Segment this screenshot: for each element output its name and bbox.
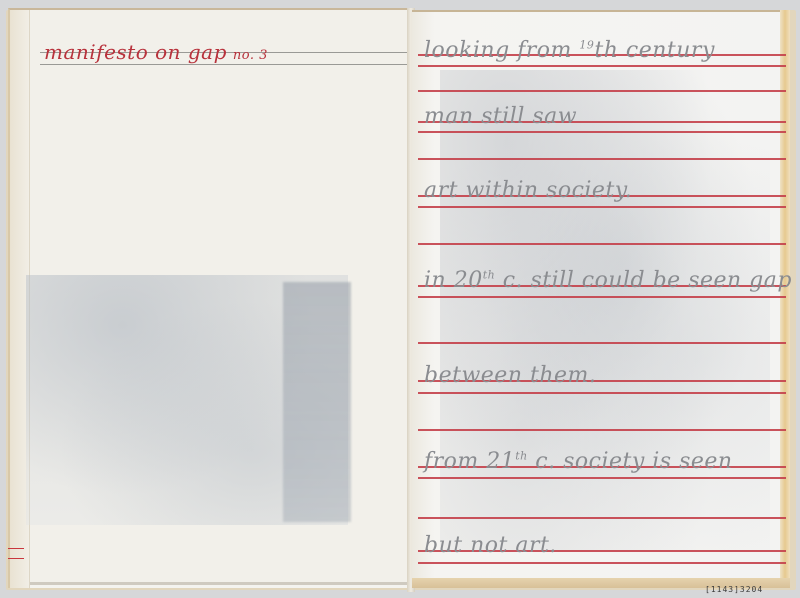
line-number: 20 [454, 268, 483, 293]
red-rule [418, 342, 786, 344]
red-rule [418, 477, 786, 479]
line-text: from [424, 449, 486, 474]
red-rule [418, 158, 786, 160]
red-rule [418, 392, 786, 394]
red-rule [418, 517, 786, 519]
red-rule [418, 243, 786, 245]
red-margin-mark [8, 558, 24, 559]
manifesto-title: manifesto on gapno. 3 [44, 40, 268, 64]
handwritten-line-7: but not art. [424, 533, 557, 558]
red-rule [418, 429, 786, 431]
superscript: th [515, 450, 528, 463]
red-rule [418, 90, 786, 92]
red-rule [418, 562, 786, 564]
gray-smudge-block [283, 282, 351, 522]
title-rule-bottom [40, 64, 410, 65]
red-rule [418, 296, 786, 298]
handwritten-line-3: art within society. [424, 178, 632, 203]
title-text: manifesto on gap [44, 40, 227, 64]
line-text: c. society is seen [528, 449, 733, 474]
line-text: in [424, 268, 454, 293]
line-number: 21 [486, 449, 515, 474]
handwritten-line-2: man still saw [424, 104, 577, 129]
line-text: c. still could be seen gap [495, 268, 792, 293]
red-margin-mark [8, 548, 24, 549]
line-text: looking from [424, 38, 579, 63]
superscript: 19 [579, 39, 594, 52]
handwritten-line-4: in 20th c. still could be seen gap [424, 268, 792, 293]
title-number: no. 3 [233, 48, 268, 63]
red-rule [418, 131, 786, 133]
handwritten-line-1: looking from 19th century [424, 38, 715, 63]
red-rule [418, 65, 786, 67]
handwritten-line-5: between them. [424, 363, 596, 388]
notebook-spread: manifesto on gapno. 3 looking from 19th … [0, 0, 800, 598]
inventory-stamp: [1143]3204 [705, 585, 763, 594]
red-rule [418, 206, 786, 208]
superscript: th [483, 269, 496, 282]
handwritten-line-6: from 21th c. society is seen [424, 449, 733, 474]
line-text: th century [594, 38, 714, 63]
